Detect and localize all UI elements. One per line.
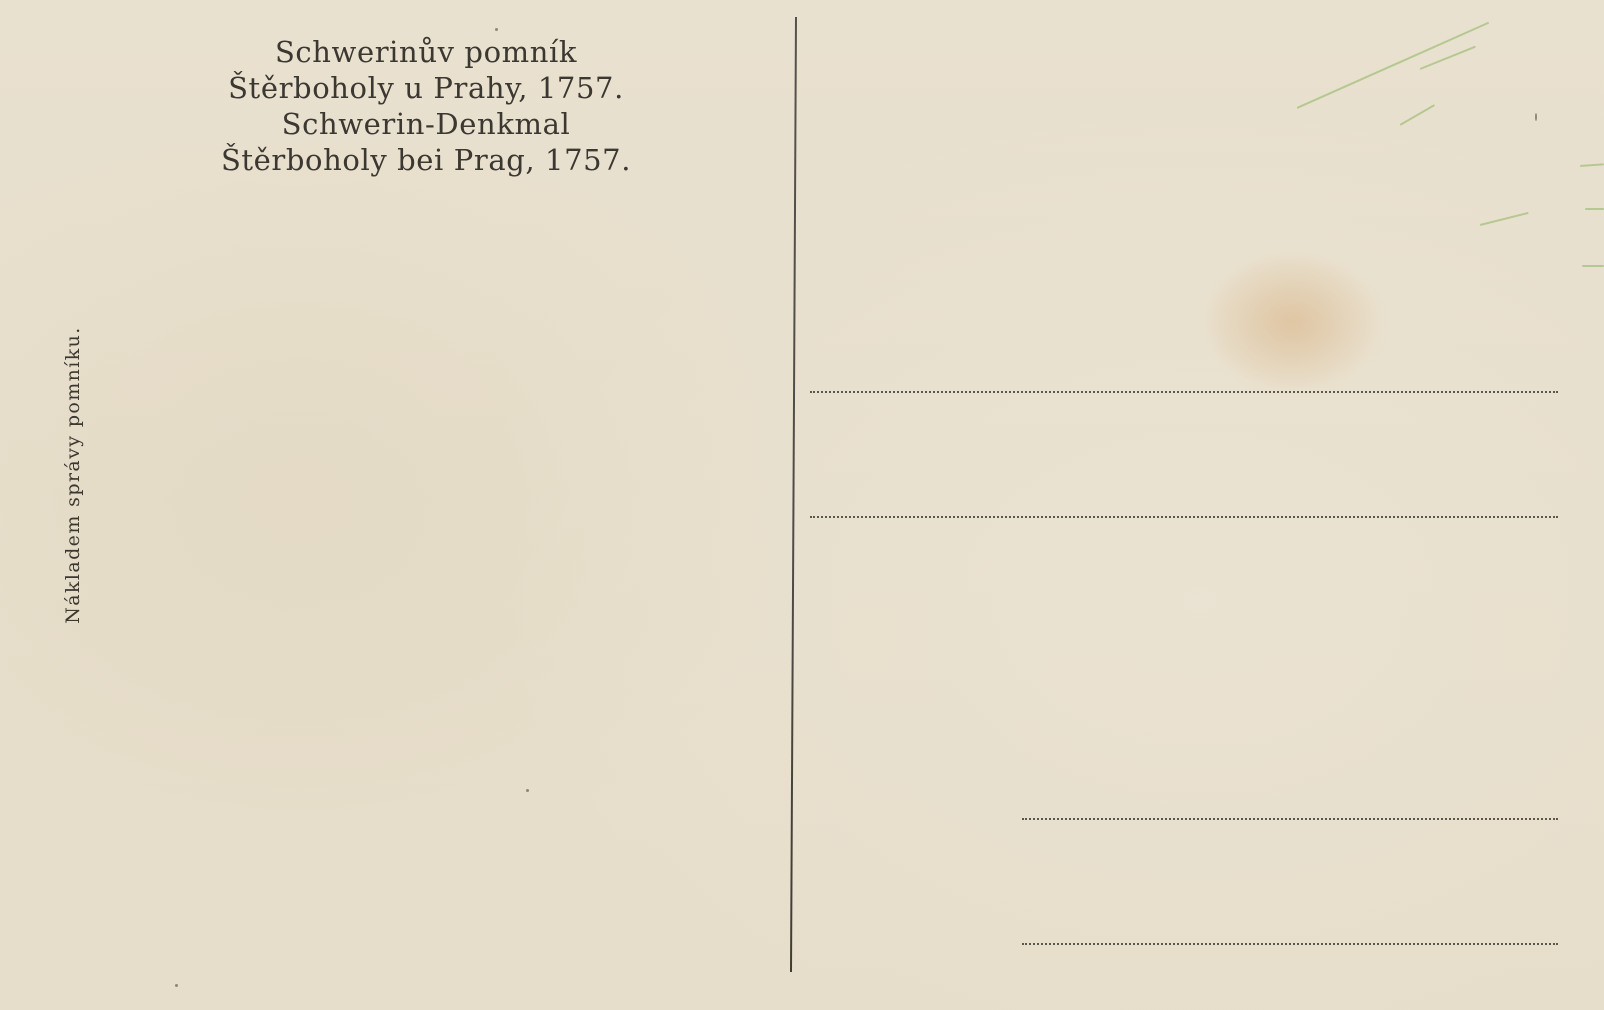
paper-speck — [175, 984, 178, 987]
green-mark — [1480, 212, 1529, 226]
address-line-3 — [1022, 818, 1558, 820]
paper-speck — [526, 789, 529, 792]
paper-speck — [495, 28, 498, 31]
address-line-1 — [810, 391, 1558, 393]
postcard-back: Schwerinův pomník Štěrboholy u Prahy, 17… — [0, 0, 1604, 1010]
green-mark — [1585, 208, 1604, 210]
publisher-note: Nákladem správy pomníku. — [62, 326, 84, 624]
paper-stain — [1200, 250, 1390, 400]
caption-block: Schwerinův pomník Štěrboholy u Prahy, 17… — [196, 34, 656, 178]
caption-title-german: Schwerin-Denkmal — [196, 106, 656, 142]
caption-location-czech: Štěrboholy u Prahy, 1757. — [196, 70, 656, 106]
caption-title-czech: Schwerinův pomník — [196, 34, 656, 70]
caption-location-german: Štěrboholy bei Prag, 1757. — [196, 142, 656, 178]
address-line-4 — [1022, 943, 1558, 945]
green-mark — [1297, 22, 1490, 109]
green-mark — [1580, 163, 1604, 167]
green-mark — [1582, 265, 1604, 267]
paper-speck — [1535, 113, 1537, 121]
green-mark — [1400, 104, 1436, 126]
address-line-2 — [810, 516, 1558, 518]
center-divider-line — [790, 17, 797, 972]
